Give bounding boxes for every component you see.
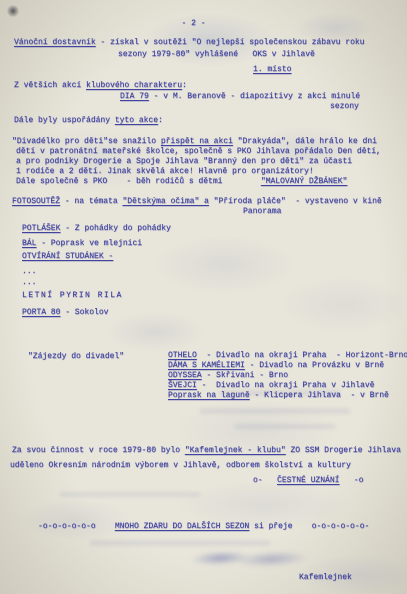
- divadelko-l1b: "Drakyáda", dále hrálo ke dni: [233, 137, 377, 146]
- odyssea-rest: - Skřivani - Brno: [202, 371, 288, 380]
- fotosoutez-tema1: "Dětskýma očima" a: [122, 197, 208, 206]
- dia79-title: DIA 79: [120, 92, 149, 101]
- poprask-rest: - Klicpera Jihlava - v Brně: [250, 391, 389, 400]
- vetsich-underlined: klubového charakteru: [86, 81, 182, 90]
- line-dots-1: ...: [22, 267, 36, 277]
- vetsich-post: :: [182, 81, 187, 90]
- line-dots-2: ...: [22, 278, 36, 288]
- label-zajezdy: "Zájezdy do divadel": [28, 352, 124, 362]
- line-dale-akce: Dále byly uspořádány tyto akce:: [14, 116, 163, 126]
- kafemlejnek-klub: "Kafemlejnek - klubu": [185, 446, 286, 455]
- line-bal: BÁL - Poprask ve mlejnici: [22, 239, 142, 249]
- ink-smudge-stamp: [181, 543, 310, 574]
- award-first-place: 1. místo: [253, 65, 291, 75]
- footer-left-ornament: -o-o-o-o-o-o: [38, 522, 115, 531]
- line-svejci: ŠVEJCI - Divadlo na okraji Praha v Jihla…: [168, 381, 374, 391]
- svejci-rest: - Divadlo na okraji Praha v Jihlavě: [197, 381, 375, 390]
- otvirani-title: OTVÍRÁNÍ STUDÁNEK -: [22, 252, 113, 261]
- othelo-title: OTHELO: [168, 351, 197, 360]
- line-panorama: Panorama: [243, 207, 281, 217]
- line-poprask-na-lagune: Poprask na laguně - Klicpera Jihlava - v…: [168, 391, 389, 401]
- line-potlasek: POTLÁŠEK - Z pohádky do pohádky: [22, 224, 171, 234]
- bleed-through-mark: [235, 424, 335, 429]
- line-otvirani-studanek: OTVÍRÁNÍ STUDÁNEK -: [22, 252, 113, 262]
- bal-title: BÁL: [22, 239, 36, 248]
- vetsich-pre: Z větších akcí: [14, 81, 86, 90]
- fotosoutez-mid1: - na témata: [60, 197, 122, 206]
- line-fotosoutez: FOTOSOUTĚŽ - na témata "Dětskýma očima" …: [12, 197, 382, 207]
- poprask-title: Poprask na laguně: [168, 391, 250, 400]
- page-number: - 2 -: [0, 19, 387, 29]
- vanocni-rest: - získal v soutěži "O nejlepší společens…: [96, 38, 365, 47]
- scanned-document-page: - 2 - Vánoční dostavník - získal v soutě…: [0, 0, 407, 594]
- uznani-pre: o-: [253, 476, 277, 485]
- cestne-uznani: ČESTNÉ UZNÁNÍ: [277, 476, 339, 485]
- line-letni-pyrin-rila: LETNÍ PYRIN RILA: [22, 291, 123, 301]
- porta-rest: - Sokolov: [60, 308, 108, 317]
- divadelko-l1a: "Divadélko pro děti"se snažilo: [12, 137, 161, 146]
- line-vanocni-1: Vánoční dostavník - získal v soutěži "O …: [14, 38, 364, 48]
- dale-underlined: tyto akce: [115, 116, 158, 125]
- divadelko-l5a: Dále společně s PKO - běh rodičů s dětmi: [16, 177, 261, 186]
- line-odyssea: ODYSSEA - Skřivani - Brno: [168, 371, 288, 381]
- para-divadelko-4: 1 rodiče a 2 dětí. Jinak skvělá akce! Hl…: [16, 167, 314, 177]
- fotosoutez-mid2: "Příroda pláče" - vystaveno v kině: [209, 197, 382, 206]
- dama-title: DÁMA S KAMÉLIEMI: [168, 361, 245, 370]
- footer-right-ornament: si přeje o-o-o-o-o-o-: [249, 522, 369, 531]
- divadelko-l1-underlined: přispět na akci: [161, 137, 233, 146]
- othelo-rest: - Divadlo na okraji Praha - Horizont-Brn…: [197, 351, 407, 360]
- dale-post: :: [158, 116, 163, 125]
- line-vanocni-2: sezony 1979-80" vyhlášené OKS v Jihlavě: [118, 50, 315, 60]
- potlasek-rest: - Z pohádky do pohádky: [60, 224, 170, 233]
- para-zaver-1: Za svou činnost v roce 1979-80 bylo "Kaf…: [12, 446, 401, 456]
- line-dama-s-kameliemi: DÁMA S KAMÉLIEMI - Divadlo na Provázku v…: [168, 361, 384, 371]
- zaver-l1b: ZO SSM Drogerie Jihlava: [286, 446, 401, 455]
- line-sezony: sezony: [330, 102, 359, 112]
- zaver-l1a: Za svou činnost v roce 1979-80 bylo: [12, 446, 185, 455]
- line-vetsich-akci: Z větších akcí klubového charakteru:: [14, 81, 187, 91]
- footer-wish: MNOHO ZDARU DO DALŠÍCH SEZON: [115, 522, 249, 531]
- line-dia79: DIA 79 - v M. Beranově - diapozitivy z a…: [120, 92, 360, 102]
- dia79-rest: - v M. Beranově - diapozitivy z akcí min…: [149, 92, 360, 101]
- potlasek-title: POTLÁŠEK: [22, 224, 60, 233]
- odyssea-title: ODYSSEA: [168, 371, 202, 380]
- line-porta80: PORTA 80 - Sokolov: [22, 308, 108, 318]
- bleed-through-mark: [60, 492, 200, 497]
- dale-pre: Dále byly uspořádány: [14, 116, 115, 125]
- porta-title: PORTA 80: [22, 308, 60, 317]
- uznani-post: -o: [339, 476, 363, 485]
- para-zaver-2: uděleno Okresním národním výborem v Jihl…: [10, 461, 351, 471]
- malovany-dzbanek: "MALOVANÝ DŽBÁNEK": [261, 177, 347, 186]
- para-divadelko-1: "Divadélko pro děti"se snažilo přispět n…: [12, 137, 377, 147]
- bleed-through-mark: [90, 540, 270, 546]
- bleed-through-mark: [200, 408, 350, 414]
- svejci-title: ŠVEJCI: [168, 381, 197, 390]
- line-cestne-uznani: o- ČESTNÉ UZNÁNÍ -o: [253, 476, 363, 486]
- vanocni-title: Vánoční dostavník: [14, 38, 96, 47]
- line-othelo: OTHELO - Divadlo na okraji Praha - Horiz…: [168, 351, 407, 361]
- para-divadelko-3: a pro podniky Drogerie a Spoje Jihlava "…: [16, 157, 352, 167]
- bal-rest: - Poprask ve mlejnici: [36, 239, 142, 248]
- para-divadelko-5: Dále společně s PKO - běh rodičů s dětmi…: [16, 177, 347, 187]
- fotosoutez-title: FOTOSOUTĚŽ: [12, 197, 60, 206]
- dama-rest: - Divadlo na Provázku v Brně: [245, 361, 384, 370]
- line-footer-wish: -o-o-o-o-o-o MNOHO ZDARU DO DALŠÍCH SEZO…: [38, 522, 369, 532]
- para-divadelko-2: dětí v patronátní mateřské školce, spole…: [16, 147, 381, 157]
- signature: Kafemlejnek: [299, 573, 352, 583]
